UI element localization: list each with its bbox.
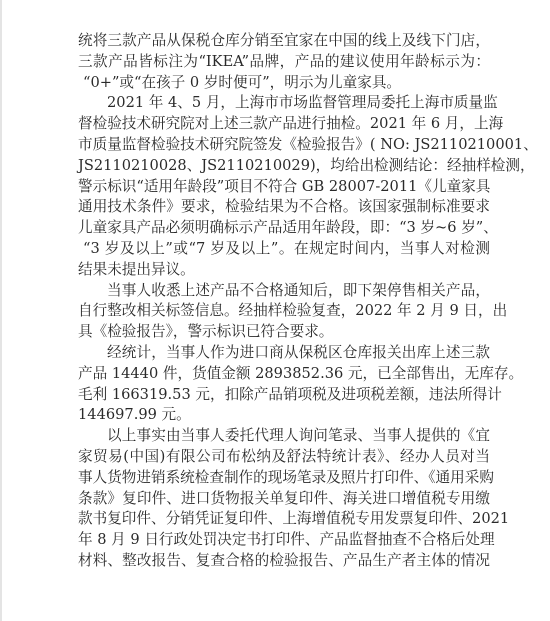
text-line: 144697.99 元。 (78, 405, 490, 426)
text-line: 条款》复印件、进口货物报关单复印件、海关进口增值税专用缴 (78, 489, 490, 510)
text-line: JS2110210028、JS2110210029)，均给出检测结论：经抽样检测… (78, 156, 490, 177)
text-line: 儿童家具产品必须明确标示产品适用年龄段，即：“3 岁~6 岁”、 (78, 218, 490, 239)
text-line: 当事人收悉上述产品不合格通知后，即下架停售相关产品， (78, 281, 490, 302)
text-line: 2021 年 4、5 月，上海市市场监督管理局委托上海市质量监 (78, 93, 490, 114)
text-line: 家贸易(中国)有限公司布松纳及舒法特统计表》、经办人员对当 (78, 447, 490, 468)
text-line: 三款产品皆标注为“IKEA”品牌，产品的建议使用年龄标示为： (78, 52, 490, 73)
text-line: 通用技术条件》要求，检验结果为不合格。该国家强制标准要求 (78, 197, 490, 218)
text-line: “3 岁及以上”或“7 岁及以上”。在规定时间内，当事人对检测 (78, 239, 490, 260)
paragraph-inspection: 2021 年 4、5 月，上海市市场监督管理局委托上海市质量监 督检验技术研究院… (78, 93, 490, 280)
text-line: 市质量监督检验技术研究院签发《检验报告》( NO: JS2110210001、 (78, 135, 490, 156)
text-line: 警示标识“适用年龄段”项目不符合 GB 28007-2011《儿童家具 (78, 177, 490, 198)
paragraph-statistics: 经统计，当事人作为进口商从保税区仓库报关出库上述三款 产品 14440 件，货值… (78, 343, 490, 426)
text-line: 款书复印件、分销凭证复印件、上海增值税专用发票复印件、2021 (78, 509, 490, 530)
text-line: 经统计，当事人作为进口商从保税区仓库报关出库上述三款 (78, 343, 490, 364)
paragraph-evidence: 以上事实由当事人委托代理人询问笔录、当事人提供的《宜 家贸易(中国)有限公司布松… (78, 426, 490, 572)
text-line: 结果未提出异议。 (78, 260, 490, 281)
text-line: 年 8 月 9 日行政处罚决定书打印件、产品监督抽查不合格后处理 (78, 530, 490, 551)
text-line: 督检验技术研究院对上述三款产品进行抽检。2021 年 6 月，上海 (78, 114, 490, 135)
text-line: 事人货物进销系统检查制作的现场笔录及照片打印件、《通用采购 (78, 468, 490, 489)
paragraph-rectification: 当事人收悉上述产品不合格通知后，即下架停售相关产品， 自行整改相关标签信息。经抽… (78, 281, 490, 343)
text-line: 材料、整改报告、复查合格的检验报告、产品生产者主体的情况 (78, 551, 490, 572)
document-body: 统将三款产品从保税仓库分销至宜家在中国的线上及线下门店， 三款产品皆标注为“IK… (78, 31, 490, 572)
text-line: 以上事实由当事人委托代理人询问笔录、当事人提供的《宜 (78, 426, 490, 447)
text-line: 统将三款产品从保税仓库分销至宜家在中国的线上及线下门店， (78, 31, 490, 52)
text-line: 产品 14440 件，货值金额 2893852.36 元，已全部售出，无库存。 (78, 364, 490, 385)
document-page: 统将三款产品从保税仓库分销至宜家在中国的线上及线下门店， 三款产品皆标注为“IK… (0, 0, 550, 621)
text-line: 具《检验报告》，警示标识已符合要求。 (78, 322, 490, 343)
paragraph-distribution: 统将三款产品从保税仓库分销至宜家在中国的线上及线下门店， 三款产品皆标注为“IK… (78, 31, 490, 93)
text-line: 自行整改相关标签信息。经抽样检验复查，2022 年 2 月 9 日，出 (78, 301, 490, 322)
text-line: 毛利 166319.53 元，扣除产品销项税及进项税差额，违法所得计 (78, 385, 490, 406)
text-line: “0+”或“在孩子 0 岁时便可”，明示为儿童家具。 (78, 73, 490, 94)
